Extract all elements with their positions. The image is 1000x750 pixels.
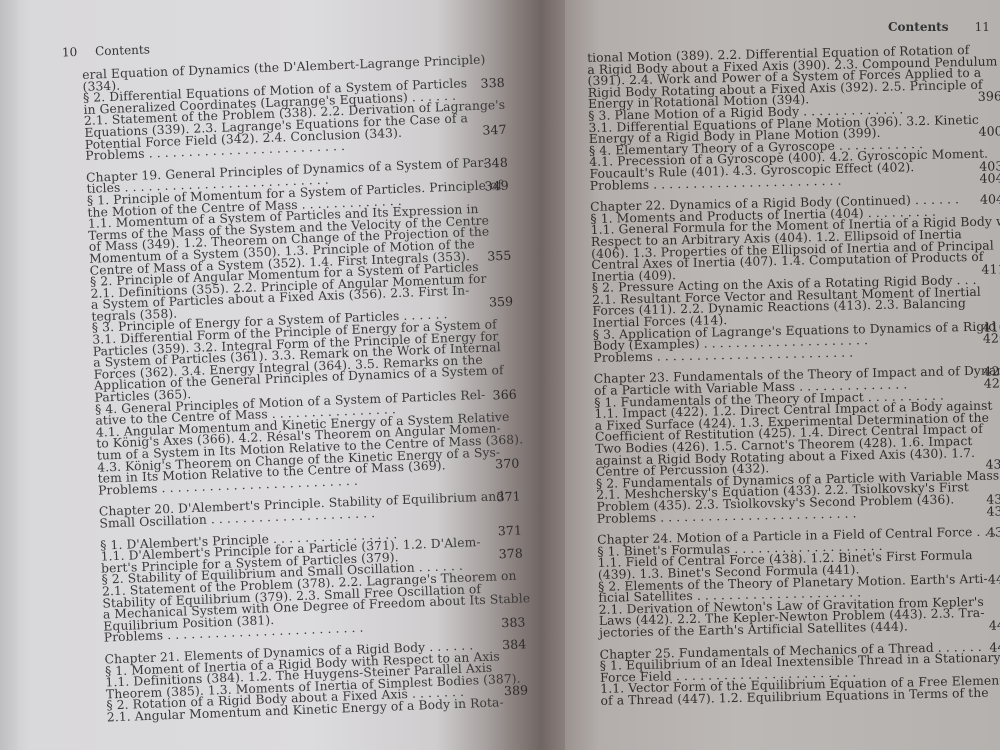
right-running-head: Contents 11: [888, 20, 990, 34]
toc-page-number: 338: [480, 77, 505, 90]
toc-page-number: 438: [987, 526, 1000, 538]
toc-page-number: 347: [482, 123, 507, 136]
right-page-number: 11: [975, 20, 990, 34]
toc-page-number: 371: [498, 524, 523, 537]
toc-page-number: 442: [988, 573, 1000, 585]
toc-page-number: 378: [498, 547, 523, 560]
toc-page-number: 400: [978, 125, 1000, 137]
left-toc-list: eral Equation of Dynamics (the D'Alember…: [82, 56, 479, 724]
toc-page-number: 404: [979, 172, 1000, 184]
toc-page-number: 384: [502, 638, 527, 651]
toc-page-number: 348: [483, 156, 508, 169]
toc-page-number: 349: [484, 180, 509, 193]
toc-page-number: 355: [487, 249, 512, 262]
toc-page-number: 370: [495, 458, 520, 471]
toc-page-number: 359: [489, 295, 514, 308]
toc-page-number: 371: [496, 491, 521, 504]
toc-page-number: 366: [492, 388, 517, 401]
toc-page-number: 383: [501, 617, 526, 630]
left-page-number: 10: [62, 45, 78, 60]
toc-page-number: 404: [980, 193, 1000, 205]
right-running-head-title: Contents: [888, 20, 948, 34]
toc-page-number: 446: [989, 619, 1000, 631]
left-running-head-title: Contents: [95, 42, 150, 58]
toc-page-number: 411: [981, 263, 1000, 275]
toc-page-number: 420: [983, 333, 1000, 345]
page-edge: [0, 0, 18, 750]
toc-page-number: 438: [986, 505, 1000, 517]
right-toc-list: tional Motion (389). 2.2. Differential E…: [587, 45, 969, 707]
toc-page-number: 396: [978, 91, 1000, 103]
toc-page-number: 389: [504, 685, 529, 698]
toc-page-number: 422: [984, 377, 1000, 389]
